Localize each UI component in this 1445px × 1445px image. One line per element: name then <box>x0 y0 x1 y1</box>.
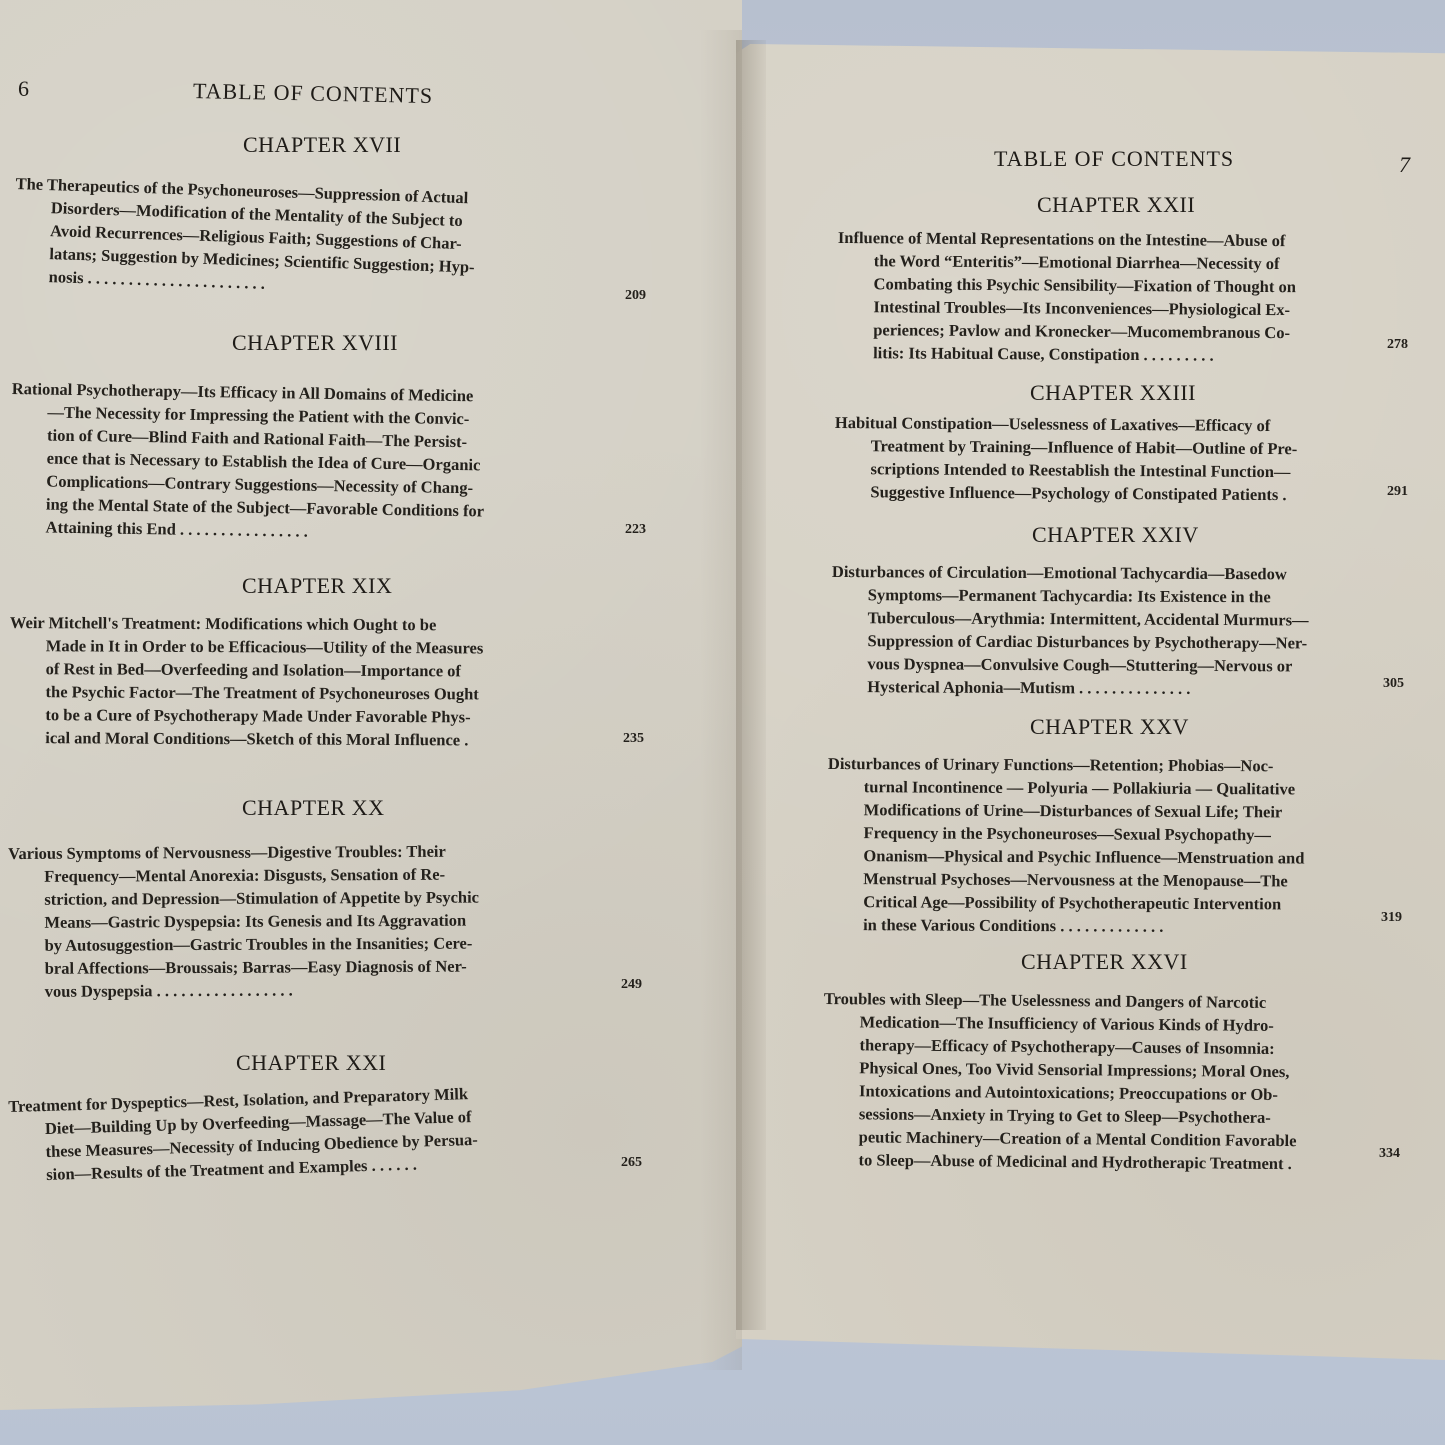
chapter-page-number: 278 <box>1387 337 1408 353</box>
description-line: Onanism—Physical and Psychic Influence—M… <box>827 844 1367 870</box>
description-line: Weir Mitchell's Treatment: Modifications… <box>10 611 608 637</box>
description-line: Menstrual Psychoses—Nervousness at the M… <box>827 867 1367 893</box>
right-running-head: TABLE OF CONTENTS <box>994 146 1234 172</box>
description-line: Various Symptoms of Nervousness—Digestiv… <box>8 839 606 865</box>
chapter-description: Treatment for Dyspeptics—Rest, Isolation… <box>8 1078 606 1187</box>
chapter-description: Disturbances of Circulation—Emotional Ta… <box>831 560 1369 701</box>
description-line: vous Dyspnea—Convulsive Cough—Stuttering… <box>831 652 1368 678</box>
description-line: Suppression of Cardiac Disturbances by P… <box>832 629 1369 655</box>
chapter-heading: CHAPTER XXII <box>1037 192 1195 218</box>
description-line: Hysterical Aphonia—Mutism . . . . . . . … <box>831 675 1368 701</box>
description-line: Symptoms—Permanent Tachycardia: Its Exis… <box>832 583 1369 609</box>
description-line: to be a Cure of Psychotherapy Made Under… <box>9 703 607 729</box>
description-line: striction, and Depression—Stimulation of… <box>8 885 606 911</box>
chapter-page-number: 319 <box>1381 910 1402 926</box>
description-line: in these Various Conditions . . . . . . … <box>827 913 1367 939</box>
chapter-page-number: 334 <box>1379 1146 1400 1162</box>
left-page-number: 6 <box>18 76 29 102</box>
description-line: turnal Incontinence — Polyuria — Pollaki… <box>828 775 1368 801</box>
description-line: of Rest in Bed—Overfeeding and Isolation… <box>10 657 608 683</box>
chapter-page-number: 249 <box>621 977 642 993</box>
chapter-page-number: 291 <box>1387 484 1408 500</box>
description-line: Means—Gastric Dyspepsia: Its Genesis and… <box>8 908 606 934</box>
description-line: bral Affections—Broussais; Barras—Easy D… <box>9 954 607 980</box>
chapter-heading: CHAPTER XXIV <box>1032 522 1199 548</box>
chapter-heading: CHAPTER XXV <box>1030 714 1189 740</box>
chapter-description: The Therapeutics of the Psychoneuroses—S… <box>12 172 607 306</box>
description-line: to Sleep—Abuse of Medicinal and Hydrothe… <box>822 1148 1362 1176</box>
chapter-page-number: 305 <box>1383 676 1404 692</box>
description-line: Modifications of Urine—Disturbances of S… <box>828 798 1368 824</box>
left-running-head: TABLE OF CONTENTS <box>193 78 434 109</box>
chapter-heading: CHAPTER XXI <box>236 1050 386 1076</box>
description-line: Disturbances of Urinary Functions—Retent… <box>828 752 1368 778</box>
chapter-description: Troubles with Sleep—The Uselessness and … <box>822 987 1364 1176</box>
chapter-page-number: 223 <box>625 522 646 538</box>
chapter-description: Disturbances of Urinary Functions—Retent… <box>827 752 1368 939</box>
description-line: ical and Moral Conditions—Sketch of this… <box>9 726 607 752</box>
description-line: Made in It in Order to be Efficacious—Ut… <box>10 634 608 660</box>
description-line: Suggestive Influence—Psychology of Const… <box>834 480 1370 507</box>
chapter-page-number: 265 <box>621 1155 642 1171</box>
right-page-number: 7 <box>1399 152 1410 178</box>
description-line: Critical Age—Possibility of Psychotherap… <box>827 890 1367 916</box>
chapter-description: Rational Psychotherapy—Its Efficacy in A… <box>9 377 607 547</box>
description-line: Frequency—Mental Anorexia: Disgusts, Sen… <box>8 862 606 888</box>
description-line: the Psychic Factor—The Treatment of Psyc… <box>10 680 608 706</box>
chapter-heading: CHAPTER XVIII <box>232 330 398 356</box>
chapter-heading: CHAPTER XVII <box>243 132 401 158</box>
description-line: Tuberculous—Arythmia: Intermittent, Acci… <box>832 606 1369 632</box>
chapter-description: Habitual Constipation—Uselessness of Lax… <box>834 411 1371 507</box>
book-gutter <box>736 40 766 1330</box>
description-line: by Autosuggestion—Gastric Troubles in th… <box>8 931 606 957</box>
chapter-page-number: 209 <box>625 288 646 304</box>
chapter-page-number: 235 <box>623 731 644 747</box>
chapter-description: Various Symptoms of Nervousness—Digestiv… <box>8 839 607 1003</box>
description-line: Disturbances of Circulation—Emotional Ta… <box>832 560 1369 586</box>
description-line: vous Dyspepsia . . . . . . . . . . . . .… <box>9 977 607 1003</box>
description-line: Frequency in the Psychoneuroses—Sexual P… <box>828 821 1368 847</box>
chapter-description: Influence of Mental Representations on t… <box>837 226 1371 368</box>
chapter-heading: CHAPTER XXIII <box>1030 380 1196 406</box>
chapter-heading: CHAPTER XX <box>242 795 385 821</box>
chapter-heading: CHAPTER XIX <box>242 573 392 599</box>
chapter-heading: CHAPTER XXVI <box>1021 949 1188 975</box>
chapter-description: Weir Mitchell's Treatment: Modifications… <box>9 611 608 752</box>
description-line: litis: Its Habitual Cause, Constipation … <box>837 341 1370 368</box>
